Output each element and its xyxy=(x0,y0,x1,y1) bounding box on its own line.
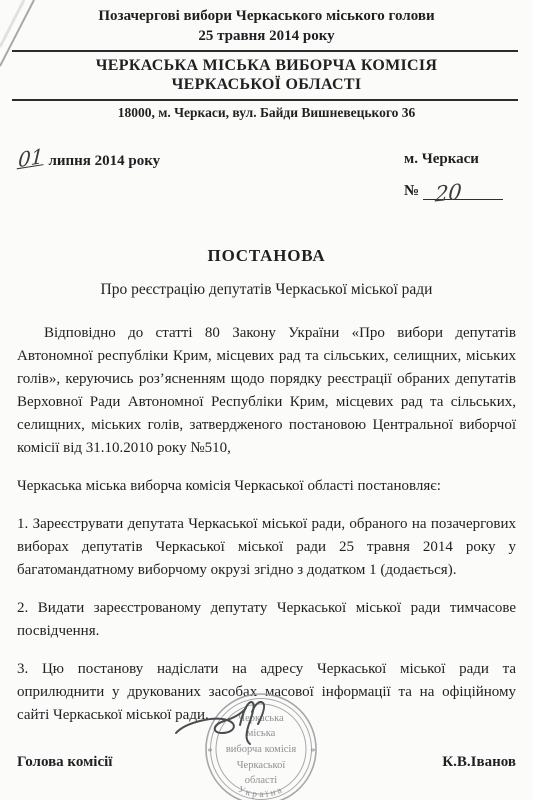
commission-address: 18000, м. Черкаси, вул. Байди Вишневецьк… xyxy=(17,105,516,121)
document-city: м. Черкаси xyxy=(404,151,516,168)
signer-name: К.В.Іванов xyxy=(442,754,516,771)
number-sign: № xyxy=(404,183,419,200)
resolves-line: Черкаська міська виборча комісія Черкась… xyxy=(17,475,516,498)
handwritten-day: 01 xyxy=(17,149,45,170)
date-text: липня 2014 року xyxy=(48,153,160,169)
letterhead-rule-bottom xyxy=(12,99,518,101)
stamp-side-mark-right: * xyxy=(310,746,316,758)
document-meta-row: 01липня 2014 року м. Черкаси № 20 xyxy=(17,151,516,200)
preamble-paragraph: Відповідно до статті 80 Закону України «… xyxy=(17,322,516,460)
stamp-country-arc-text: Україна xyxy=(236,785,286,800)
document-date: 01липня 2014 року xyxy=(17,151,160,200)
number-blank-line: 20 xyxy=(423,177,503,200)
document-subject: Про реєстрацію депутатів Черкаської місь… xyxy=(17,281,516,299)
commission-name-line2: ЧЕРКАСЬКОЇ ОБЛАСТІ xyxy=(17,76,516,94)
document-place-number: м. Черкаси № 20 xyxy=(404,151,516,200)
election-title-line2: 25 травня 2014 року xyxy=(17,28,516,45)
stamp-text-line4: Черкаської xyxy=(237,760,286,771)
document-number-row: № 20 xyxy=(404,177,516,200)
signature-scribble xyxy=(160,690,280,760)
election-title-line1: Позачергові вибори Черкаського міського … xyxy=(17,0,516,25)
document-title: ПОСТАНОВА xyxy=(17,246,516,266)
resolution-item-2: 2. Видати зареєстрованому депутату Черка… xyxy=(17,597,516,643)
resolution-item-1: 1. Зареєструвати депутата Черкаської міс… xyxy=(17,513,516,582)
svg-text:Україна: Україна xyxy=(236,785,286,800)
commission-name-line1: ЧЕРКАСЬКА МІСЬКА ВИБОРЧА КОМІСІЯ xyxy=(17,57,516,75)
letterhead-rule-top xyxy=(12,50,518,52)
signer-role: Голова комісії xyxy=(17,754,112,771)
document-page: Позачергові вибори Черкаського міського … xyxy=(0,0,533,800)
handwritten-number: 20 xyxy=(435,183,463,202)
stamp-text-line5: області xyxy=(245,775,277,786)
